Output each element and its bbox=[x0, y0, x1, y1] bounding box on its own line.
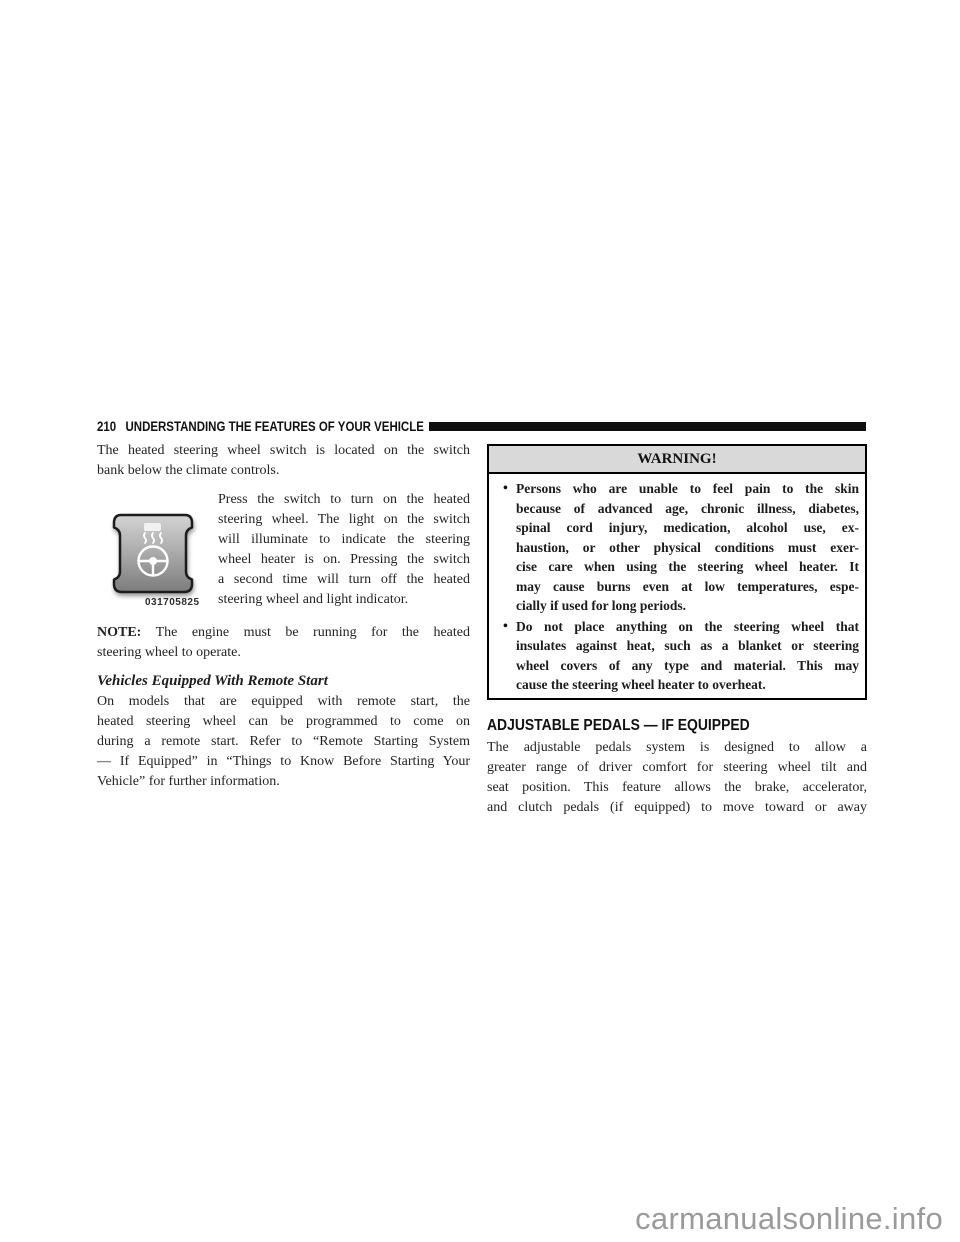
left-column: The heated steering wheel switch is loca… bbox=[97, 441, 470, 792]
warning-title: WARNING! bbox=[489, 446, 865, 474]
page-header: 210UNDERSTANDING THE FEATURES OF YOUR VE… bbox=[97, 418, 866, 434]
text-line: steering wheel to operate. bbox=[97, 643, 470, 663]
text-line: seat position. This feature allows the b… bbox=[487, 778, 867, 798]
text-line: during a remote start. Refer to “Remote … bbox=[97, 732, 470, 752]
text-line: Vehicle” for further information. bbox=[97, 772, 470, 792]
warning-bullet: • Persons who are unable to feel pain to… bbox=[495, 479, 859, 616]
watermark: carmanualsonline.info bbox=[635, 1201, 943, 1237]
note-paragraph: NOTE: The engine must be running for the… bbox=[97, 623, 470, 663]
switch-media-block: 031705825 Press the switch to turn on th… bbox=[97, 490, 470, 610]
text-line: may cause burns even at low temperatures… bbox=[516, 577, 859, 597]
text-line: cially if used for long periods. bbox=[516, 596, 859, 616]
text-line: Press the switch to turn on the heated bbox=[218, 490, 470, 510]
switch-paragraph: Press the switch to turn on the heatedst… bbox=[218, 490, 470, 610]
text-line: and clutch pedals (if equipped) to move … bbox=[487, 798, 867, 818]
text-line: spinal cord injury, medication, alcohol … bbox=[516, 518, 859, 538]
header-bar bbox=[429, 422, 866, 431]
warning-bullet: • Do not place anything on the steering … bbox=[495, 617, 859, 695]
text-line: — If Equipped” in “Things to Know Before… bbox=[97, 752, 470, 772]
text-line: The adjustable pedals system is designed… bbox=[487, 738, 867, 758]
bullet-icon: • bbox=[495, 479, 516, 616]
text-line: steering wheel. The light on the switch bbox=[218, 510, 470, 530]
text-line: haustion, or other physical conditions m… bbox=[516, 538, 859, 558]
text-line: greater range of driver comfort for stee… bbox=[487, 758, 867, 778]
remote-start-heading: Vehicles Equipped With Remote Start bbox=[97, 671, 470, 691]
bullet-icon: • bbox=[495, 617, 516, 695]
text-line: wheel covers of any type and material. T… bbox=[516, 656, 859, 676]
text-line: wheel heater is on. Pressing the switch bbox=[218, 550, 470, 570]
figure-caption: 031705825 bbox=[145, 597, 218, 608]
right-column: WARNING! • Persons who are unable to fee… bbox=[487, 444, 867, 818]
text-line: On models that are equipped with remote … bbox=[97, 692, 470, 712]
text-line: cise care when using the steering wheel … bbox=[516, 557, 859, 577]
text-line: steering wheel and light indicator. bbox=[218, 590, 470, 610]
adjustable-pedals-paragraph: The adjustable pedals system is designed… bbox=[487, 738, 867, 818]
indicator-lamp bbox=[144, 523, 161, 531]
manual-page: 210UNDERSTANDING THE FEATURES OF YOUR VE… bbox=[0, 0, 960, 1242]
note-text: The engine must be running for the heate… bbox=[156, 625, 470, 640]
warning-box: WARNING! • Persons who are unable to fee… bbox=[487, 444, 867, 700]
text-line: bank below the climate controls. bbox=[97, 461, 470, 481]
text-line: The heated steering wheel switch is loca… bbox=[97, 441, 470, 461]
text-line: Persons who are unable to feel pain to t… bbox=[516, 479, 859, 499]
text-line: a second time will turn off the heated bbox=[218, 570, 470, 590]
text-line: will illuminate to indicate the steering bbox=[218, 530, 470, 550]
header-text: 210UNDERSTANDING THE FEATURES OF YOUR VE… bbox=[97, 419, 424, 434]
text-line: heated steering wheel can be programmed … bbox=[97, 712, 470, 732]
adjustable-pedals-heading: ADJUSTABLE PEDALS — IF EQUIPPED bbox=[487, 715, 867, 736]
text-line: Do not place anything on the steering wh… bbox=[516, 617, 859, 637]
header-title: UNDERSTANDING THE FEATURES OF YOUR VEHIC… bbox=[126, 419, 424, 434]
remote-start-paragraph: On models that are equipped with remote … bbox=[97, 692, 470, 792]
text-line: insulates against heat, such as a blanke… bbox=[516, 636, 859, 656]
text-line: cause the steering wheel heater to overh… bbox=[516, 675, 859, 695]
switch-figure: 031705825 bbox=[97, 490, 218, 610]
note-label: NOTE: bbox=[97, 625, 141, 640]
text-line: NOTE: The engine must be running for the… bbox=[97, 623, 470, 643]
warning-bullet-text: Persons who are unable to feel pain to t… bbox=[516, 479, 859, 616]
intro-paragraph: The heated steering wheel switch is loca… bbox=[97, 441, 470, 481]
page-number: 210 bbox=[97, 419, 116, 434]
heated-steering-wheel-switch-icon bbox=[107, 512, 199, 596]
text-line: because of advanced age, chronic illness… bbox=[516, 499, 859, 519]
warning-bullet-text: Do not place anything on the steering wh… bbox=[516, 617, 859, 695]
warning-body: • Persons who are unable to feel pain to… bbox=[489, 474, 865, 698]
